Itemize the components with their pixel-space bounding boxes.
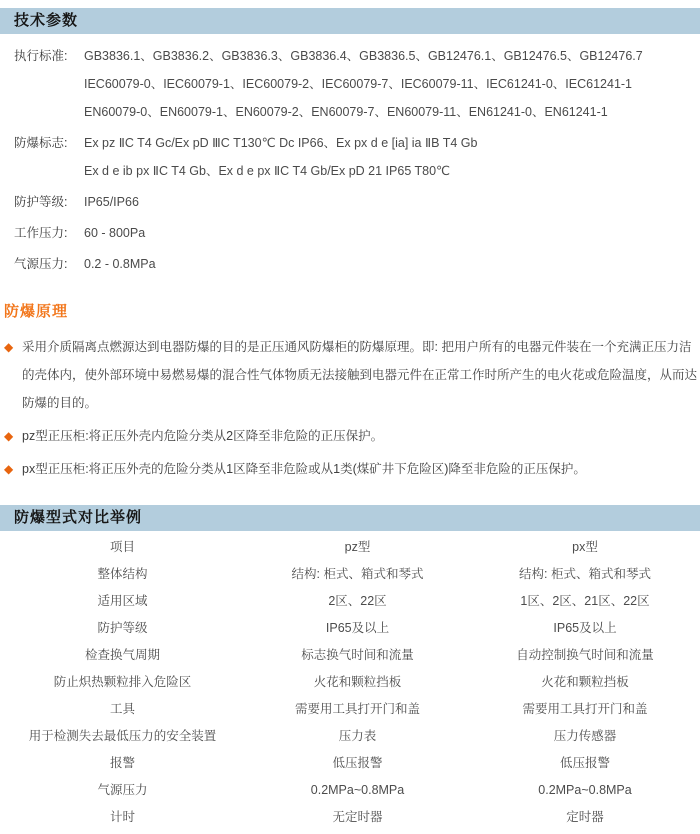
- table-cell: 低压报警: [245, 750, 470, 777]
- table-cell: 压力传感器: [470, 723, 700, 750]
- table-row: 适用区域 2区、22区 1区、2区、21区、22区: [0, 588, 700, 615]
- spec-value-line: 0.2 - 0.8MPa: [84, 250, 156, 278]
- table-row: 计时 无定时器 定时器: [0, 804, 700, 831]
- table-cell: 用于检测失去最低压力的安全装置: [0, 723, 245, 750]
- principle-bullets: ◆ 采用介质隔离点燃源达到电器防爆的目的是正压通风防爆柜的防爆原理。即: 把用户…: [0, 333, 700, 483]
- table-row: 报警 低压报警 低压报警: [0, 750, 700, 777]
- table-row: 防止炽热颗粒排入危险区 火花和颗粒挡板 火花和颗粒挡板: [0, 669, 700, 696]
- bullet-text-line: 防爆的目的。: [22, 389, 697, 417]
- table-row: 防护等级 IP65及以上 IP65及以上: [0, 615, 700, 642]
- table-cell: 0.2MPa~0.8MPa: [245, 777, 470, 804]
- table-cell: 需要用工具打开门和盖: [245, 696, 470, 723]
- table-cell: 火花和颗粒挡板: [470, 669, 700, 696]
- spec-value-line: IP65/IP66: [84, 188, 139, 216]
- spec-value-line: EN60079-0、EN60079-1、EN60079-2、EN60079-7、…: [84, 98, 643, 126]
- spec-label: 工作压力:: [14, 219, 84, 247]
- table-header-px-type: px型: [470, 534, 700, 561]
- table-row: 工具 需要用工具打开门和盖 需要用工具打开门和盖: [0, 696, 700, 723]
- table-cell: 工具: [0, 696, 245, 723]
- table-cell: 需要用工具打开门和盖: [470, 696, 700, 723]
- table-cell: IP65及以上: [470, 615, 700, 642]
- table-cell: 结构: 柜式、箱式和琴式: [245, 561, 470, 588]
- table-cell: 计时: [0, 804, 245, 831]
- spec-label: 气源压力:: [14, 250, 84, 278]
- spec-executive-standards: 执行标准: GB3836.1、GB3836.2、GB3836.3、GB3836.…: [14, 42, 700, 126]
- bullet-pz-cabinet: ◆ pz型正压柜:将正压外壳内危险分类从2区降至非危险的正压保护。: [0, 422, 700, 450]
- table-cell: 检查换气周期: [0, 642, 245, 669]
- table-cell: 定时器: [470, 804, 700, 831]
- table-row: 检查换气周期 标志换气时间和流量 自动控制换气时间和流量: [0, 642, 700, 669]
- spec-protection-grade: 防护等级: IP65/IP66: [14, 188, 700, 216]
- bullet-text-line: 的壳体内，使外部环境中易燃易爆的混合性气体物质无法接触到电器元件在正常工作时所产…: [22, 361, 697, 389]
- spec-value-line: IEC60079-0、IEC60079-1、IEC60079-2、IEC6007…: [84, 70, 643, 98]
- table-cell: 低压报警: [470, 750, 700, 777]
- section-title-explosion-proof-principle: 防爆原理: [4, 300, 700, 321]
- table-header-item: 项目: [0, 534, 245, 561]
- table-cell: 结构: 柜式、箱式和琴式: [470, 561, 700, 588]
- diamond-bullet-icon: ◆: [0, 333, 22, 417]
- diamond-bullet-icon: ◆: [0, 455, 22, 483]
- table-cell: 整体结构: [0, 561, 245, 588]
- section-title-technical-parameters: 技术参数: [0, 8, 700, 34]
- table-cell: 标志换气时间和流量: [245, 642, 470, 669]
- table-cell: 0.2MPa~0.8MPa: [470, 777, 700, 804]
- table-row: 气源压力 0.2MPa~0.8MPa 0.2MPa~0.8MPa: [0, 777, 700, 804]
- diamond-bullet-icon: ◆: [0, 422, 22, 450]
- table-cell: 适用区域: [0, 588, 245, 615]
- table-row: 整体结构 结构: 柜式、箱式和琴式 结构: 柜式、箱式和琴式: [0, 561, 700, 588]
- bullet-text-line: px型正压柜:将正压外壳的危险分类从1区降至非危险或从1类(煤矿井下危险区)降至…: [22, 455, 586, 483]
- table-row: 用于检测失去最低压力的安全装置 压力表 压力传感器: [0, 723, 700, 750]
- spec-value-line: GB3836.1、GB3836.2、GB3836.3、GB3836.4、GB38…: [84, 42, 643, 70]
- table-cell: 气源压力: [0, 777, 245, 804]
- table-cell: 无定时器: [245, 804, 470, 831]
- table-cell: 防护等级: [0, 615, 245, 642]
- spec-value-line: Ex d e ib px ⅡC T4 Gb、Ex d e px ⅡC T4 Gb…: [84, 157, 477, 185]
- bullet-px-cabinet: ◆ px型正压柜:将正压外壳的危险分类从1区降至非危险或从1类(煤矿井下危险区)…: [0, 455, 700, 483]
- table-cell: 火花和颗粒挡板: [245, 669, 470, 696]
- spec-label: 执行标准:: [14, 42, 84, 126]
- section-title-comparison-examples: 防爆型式对比举例: [0, 505, 700, 531]
- table-row: 项目 pz型 px型: [0, 534, 700, 561]
- table-cell: 报警: [0, 750, 245, 777]
- table-header-pz-type: pz型: [245, 534, 470, 561]
- table-cell: 压力表: [245, 723, 470, 750]
- bullet-text-line: 采用介质隔离点燃源达到电器防爆的目的是正压通风防爆柜的防爆原理。即: 把用户所有…: [22, 333, 697, 361]
- bullet-principle-description: ◆ 采用介质隔离点燃源达到电器防爆的目的是正压通风防爆柜的防爆原理。即: 把用户…: [0, 333, 700, 417]
- spec-value-line: Ex pz ⅡC T4 Gc/Ex pD ⅢC T130℃ Dc IP66、Ex…: [84, 129, 477, 157]
- table-cell: 防止炽热颗粒排入危险区: [0, 669, 245, 696]
- table-cell: 1区、2区、21区、22区: [470, 588, 700, 615]
- spec-value-line: 60 - 800Pa: [84, 219, 145, 247]
- table-cell: 自动控制换气时间和流量: [470, 642, 700, 669]
- table-cell: 2区、22区: [245, 588, 470, 615]
- bullet-text-line: pz型正压柜:将正压外壳内危险分类从2区降至非危险的正压保护。: [22, 422, 383, 450]
- technical-specs: 执行标准: GB3836.1、GB3836.2、GB3836.3、GB3836.…: [0, 34, 700, 278]
- spec-air-supply-pressure: 气源压力: 0.2 - 0.8MPa: [14, 250, 700, 278]
- comparison-table: 项目 pz型 px型 整体结构 结构: 柜式、箱式和琴式 结构: 柜式、箱式和琴…: [0, 534, 700, 831]
- table-cell: IP65及以上: [245, 615, 470, 642]
- spec-working-pressure: 工作压力: 60 - 800Pa: [14, 219, 700, 247]
- spec-label: 防护等级:: [14, 188, 84, 216]
- spec-label: 防爆标志:: [14, 129, 84, 185]
- spec-explosion-proof-marking: 防爆标志: Ex pz ⅡC T4 Gc/Ex pD ⅢC T130℃ Dc I…: [14, 129, 700, 185]
